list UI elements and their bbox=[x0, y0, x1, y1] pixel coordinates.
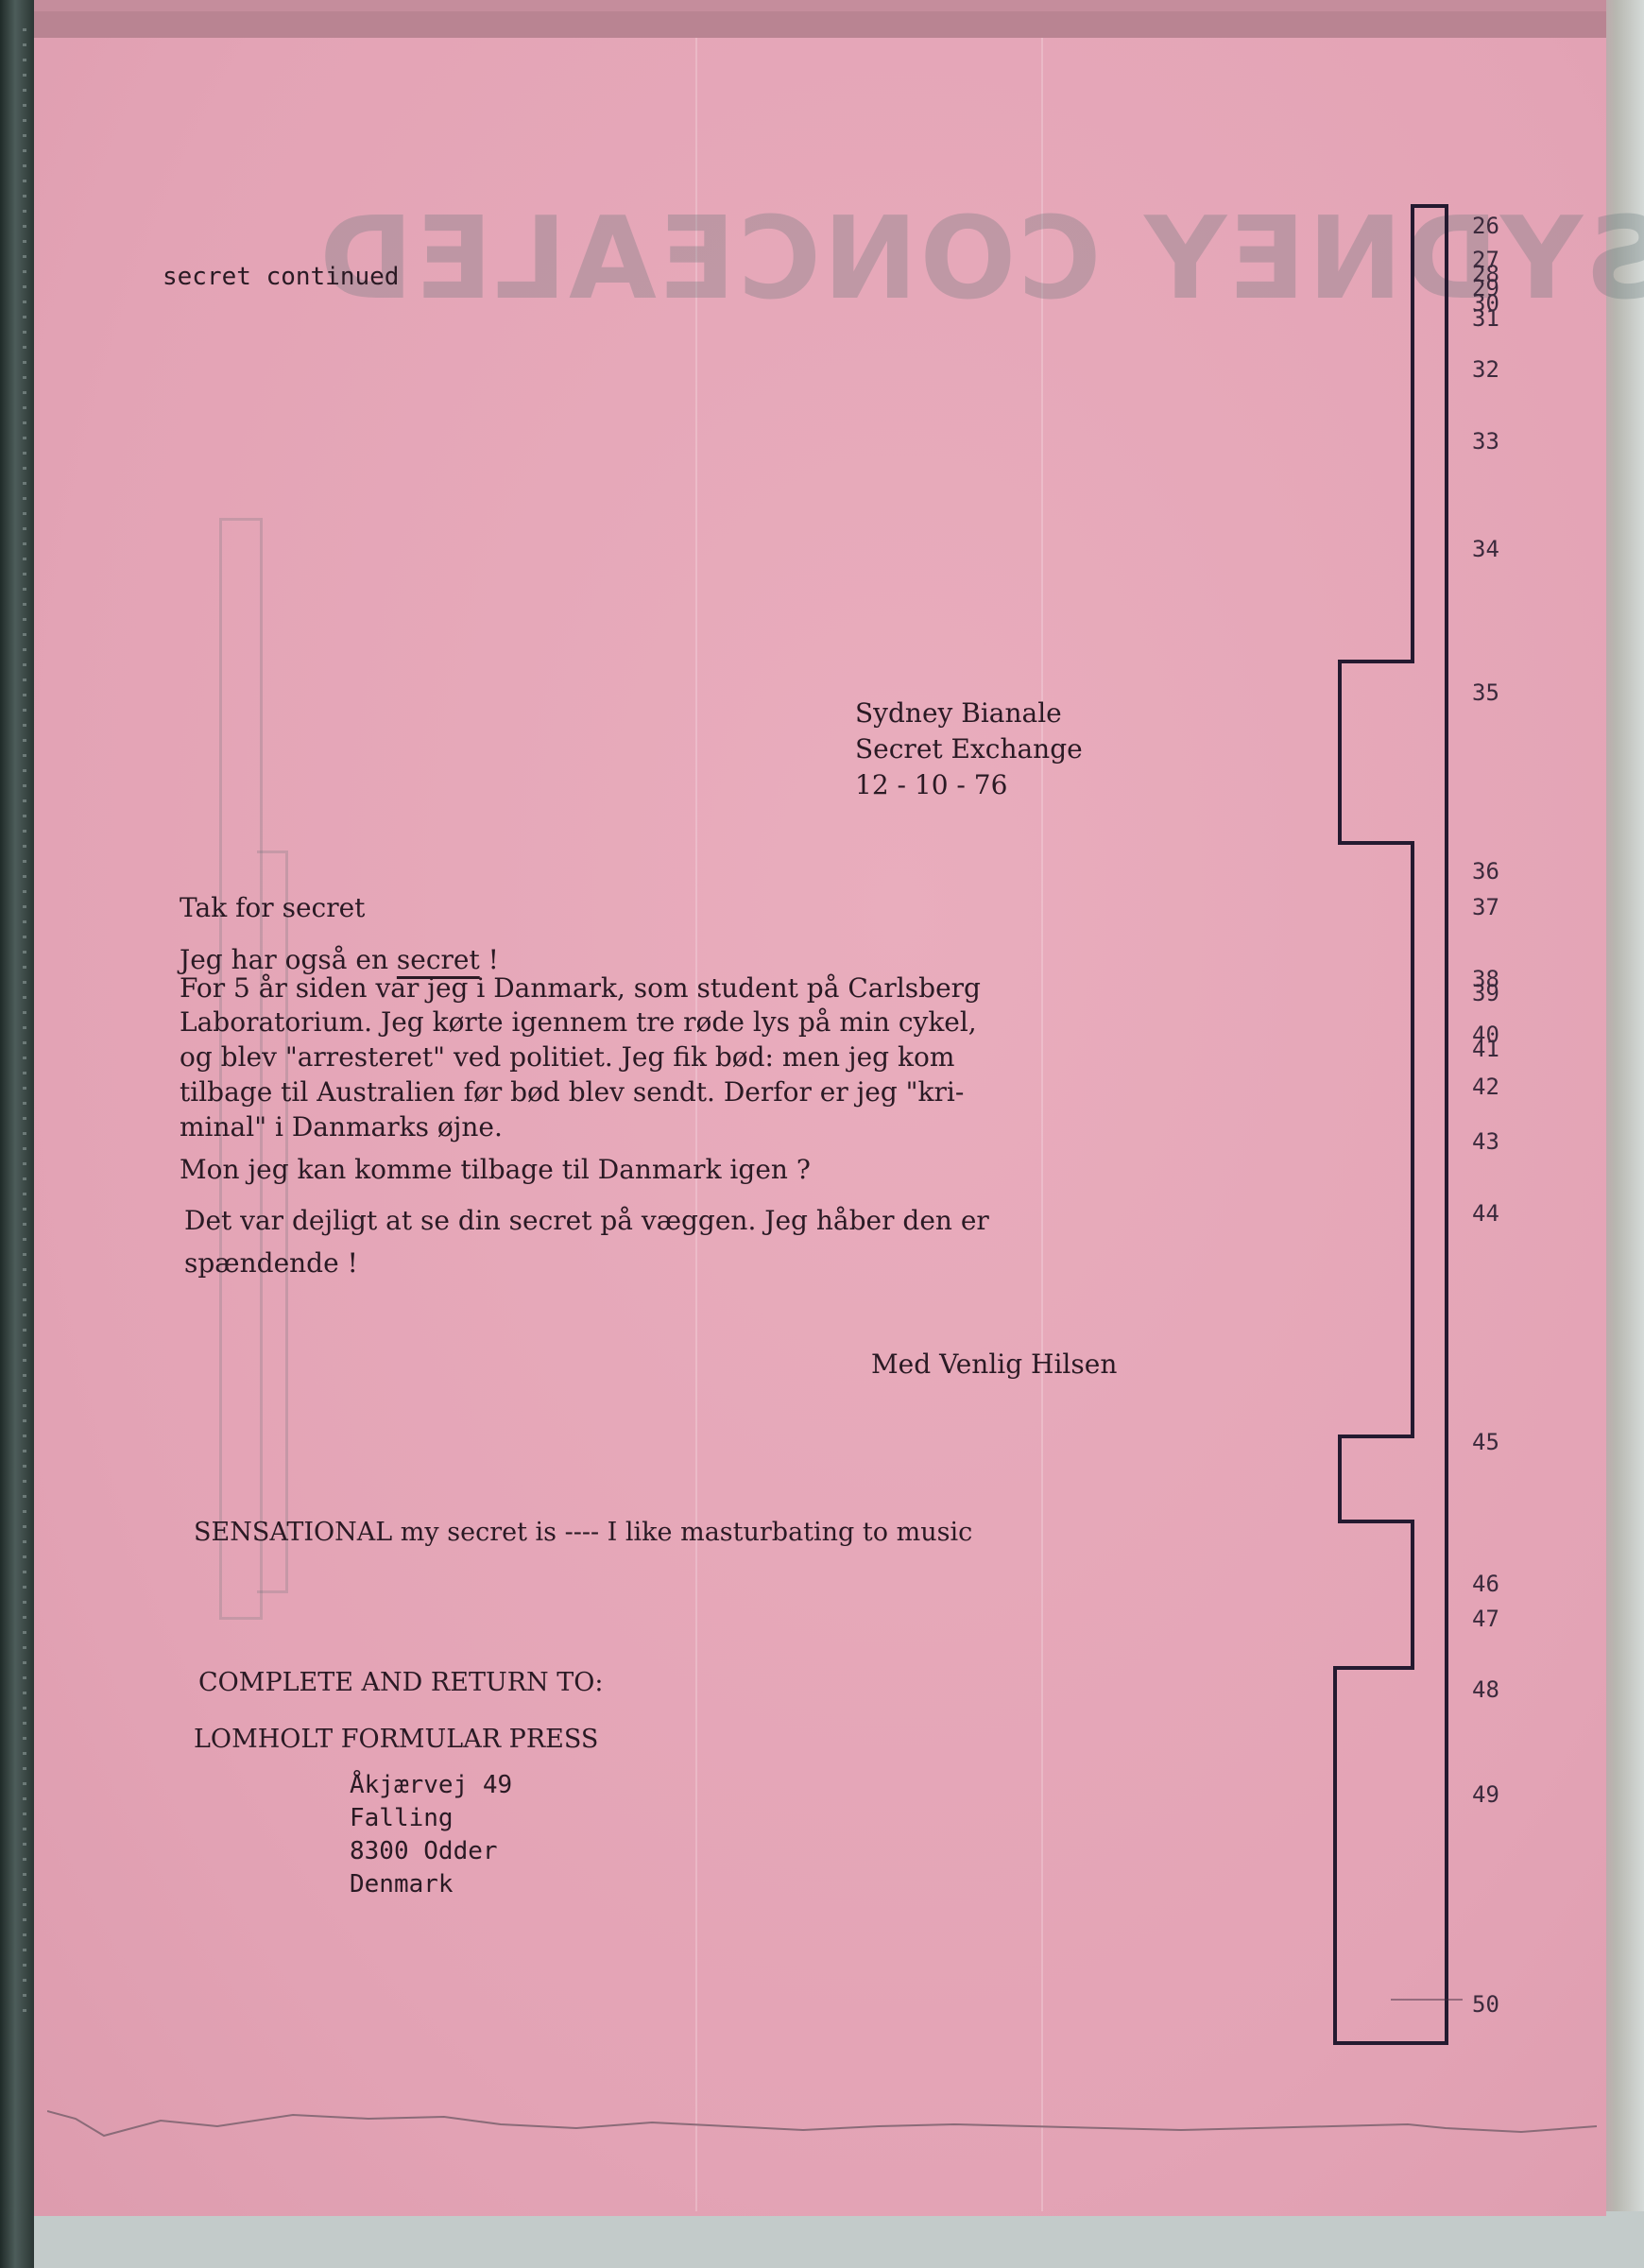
line-number: 33 bbox=[1472, 429, 1499, 454]
line-number: 43 bbox=[1472, 1129, 1499, 1154]
line-number: 47 bbox=[1472, 1606, 1499, 1631]
line-number: 44 bbox=[1472, 1201, 1499, 1226]
line-number: 35 bbox=[1472, 680, 1499, 705]
line-number: 37 bbox=[1472, 895, 1499, 919]
line-number: 50 bbox=[1472, 1992, 1499, 2017]
line-number: 31 bbox=[1472, 306, 1499, 331]
line-number: 48 bbox=[1472, 1677, 1499, 1702]
line-number: 41 bbox=[1472, 1037, 1499, 1061]
line-number: 46 bbox=[1472, 1572, 1499, 1596]
line-number: 26 bbox=[1472, 214, 1499, 238]
line-number: 42 bbox=[1472, 1074, 1499, 1099]
line-number: 49 bbox=[1472, 1782, 1499, 1807]
line-number: 34 bbox=[1472, 537, 1499, 561]
line-number: 45 bbox=[1472, 1430, 1499, 1454]
line-number: 36 bbox=[1472, 859, 1499, 884]
line-number: 39 bbox=[1472, 981, 1499, 1005]
line-number: 32 bbox=[1472, 357, 1499, 382]
line-bracket-outline bbox=[0, 0, 1644, 2268]
